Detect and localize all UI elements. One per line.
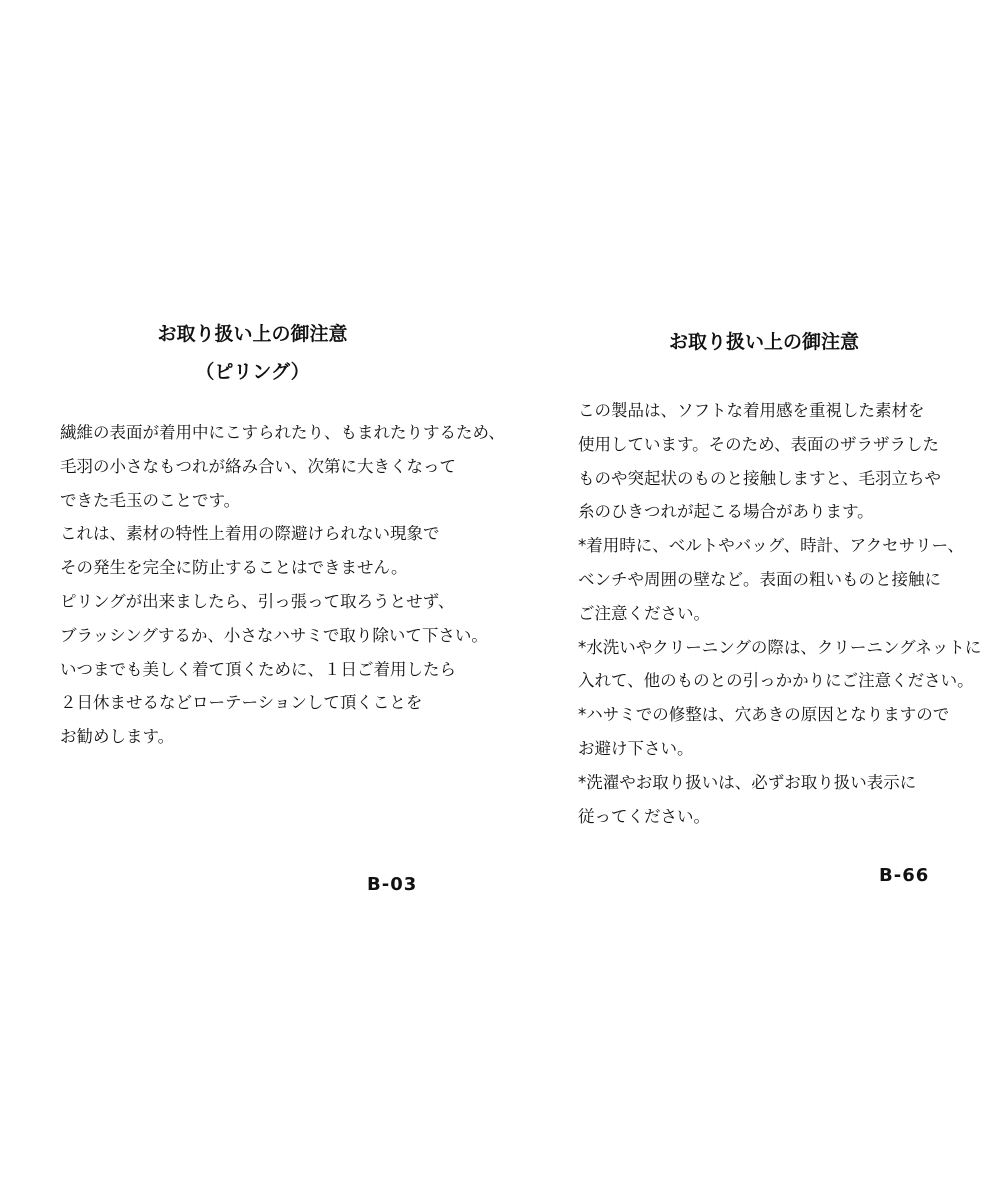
card-body: 繊維の表面が着用中にこすられたり、もまれたりするため、 毛羽の小さなもつれが絡み… [60, 416, 500, 754]
body-line: お避け下さい。 [578, 732, 978, 766]
body-line: 従ってください。 [578, 800, 978, 834]
body-line: ご注意ください。 [578, 597, 978, 631]
body-line: ２日休ませるなどローテーションして頂くことを [60, 686, 500, 720]
body-line: いつまでも美しく着て頂くために、１日ご着用したら [60, 653, 500, 687]
card-title: お取り扱い上の御注意 [578, 326, 950, 358]
body-line: ものや突起状のものと接触しますと、毛羽立ちや [578, 462, 978, 496]
body-line: この製品は、ソフトな着用感を重視した素材を [578, 394, 978, 428]
card-code-left: B-03 [367, 874, 417, 895]
body-line: *水洗いやクリーニングの際は、クリーニングネットに [578, 631, 978, 665]
body-line: ブラッシングするか、小さなハサミで取り除いて下さい。 [60, 619, 500, 653]
body-line: ピリングが出来ましたら、引っ張って取ろうとせず、 [60, 585, 500, 619]
body-line: その発生を完全に防止することはできません。 [60, 551, 500, 585]
body-line: 糸のひきつれが起こる場合があります。 [578, 495, 978, 529]
card-code-right: B-66 [879, 865, 929, 886]
body-line: 入れて、他のものとの引っかかりにご注意ください。 [578, 664, 978, 698]
body-line: 毛羽の小さなもつれが絡み合い、次第に大きくなって [60, 450, 500, 484]
body-line: *着用時に、ベルトやバッグ、時計、アクセサリー、 [578, 529, 978, 563]
body-line: できた毛玉のことです。 [60, 484, 500, 518]
care-card-pilling: お取り扱い上の御注意 （ピリング） 繊維の表面が着用中にこすられたり、もまれたり… [60, 318, 500, 754]
body-line: *洗濯やお取り扱いは、必ずお取り扱い表示に [578, 766, 978, 800]
body-line: これは、素材の特性上着用の際避けられない現象で [60, 517, 500, 551]
card-subtitle: （ピリング） [60, 356, 445, 388]
body-line: お勧めします。 [60, 720, 500, 754]
card-title: お取り扱い上の御注意 [60, 318, 445, 350]
card-body: この製品は、ソフトな着用感を重視した素材を 使用しています。そのため、表面のザラ… [578, 394, 978, 833]
care-card-snagging: お取り扱い上の御注意 この製品は、ソフトな着用感を重視した素材を 使用しています… [578, 326, 978, 833]
body-line: 使用しています。そのため、表面のザラザラした [578, 428, 978, 462]
body-line: *ハサミでの修整は、穴あきの原因となりますので [578, 698, 978, 732]
body-line: ベンチや周囲の壁など。表面の粗いものと接触に [578, 563, 978, 597]
body-line: 繊維の表面が着用中にこすられたり、もまれたりするため、 [60, 416, 500, 450]
